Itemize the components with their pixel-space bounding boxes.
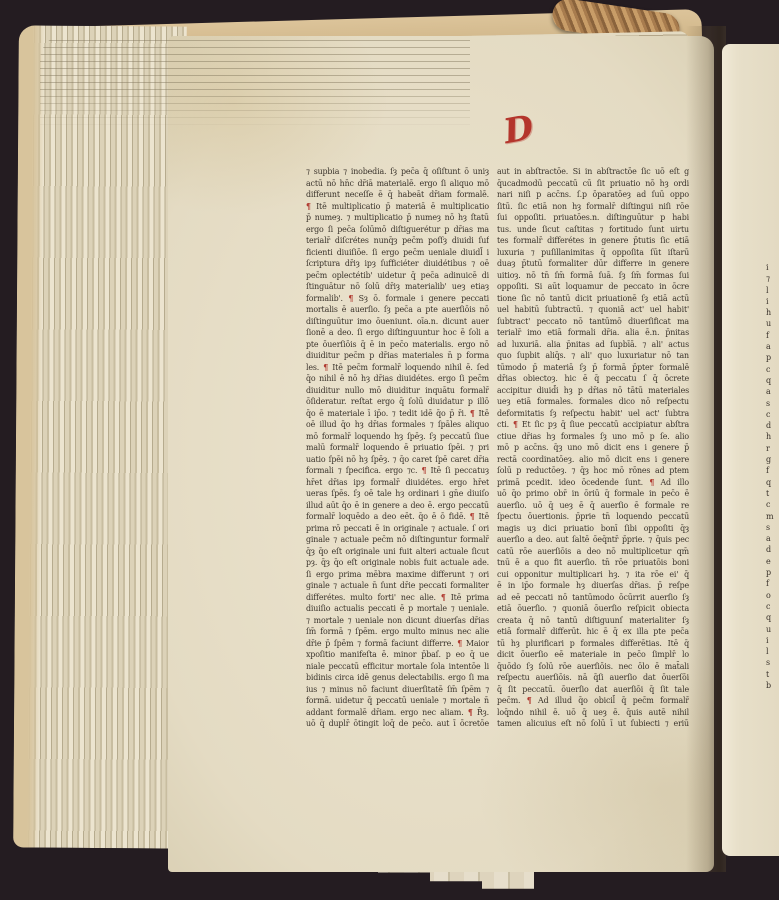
text-line: aut in abſtractōe. Si in abſtractōe ſic … [497, 166, 689, 178]
text-line: ōſideratur. reſtat ergo q̄ ſolū diuidatu… [306, 396, 489, 408]
rubric-pilcrow: ¶ [513, 420, 518, 429]
rubric-pilcrow: ¶ [323, 363, 328, 372]
text-line: ginale ⁊ actuale pec̄m nō diſtinguntur f… [306, 534, 489, 546]
text-line: illud aūt q̄o ē in genere a deo ē. ergo … [306, 500, 489, 512]
text-line: tes formalr̄ differétes in genere p̄tuti… [497, 235, 689, 247]
text-line: primā pcedit. ideo ōcedende ſunt. ¶ Ad i… [497, 477, 689, 489]
text-line: q̄ ſit peccatū. ōuerſio dat auerſiōi q̄ … [497, 684, 689, 696]
text-line: hr̄et dr̄ias ipȝ formalr̄ diuidétes. erg… [306, 477, 489, 489]
text-line: xpoſitio manifeſta ē. minor p̄baſ. p eo … [306, 649, 489, 661]
leaf-stack-fore-edge [13, 25, 187, 848]
text-line: ¶ Itē multiplicatio p̄ materiā ē multipl… [306, 201, 489, 213]
text-line: ⁊ supbia ⁊ inobedia. ſȝ pec̄a q̄ oſiſtun… [306, 166, 489, 178]
rubric-initial-D: D [495, 107, 542, 157]
text-line: ē in ip̄o formale hȝ diuerſas dr̄ias. p̄… [497, 580, 689, 592]
text-line: duaȝ p̄tutū formaliter dūr differre in g… [497, 258, 689, 270]
text-line: nari niſi p acc̄ns. ſ.p ōparatōeȝ ad ſuū… [497, 189, 689, 201]
photo-open-incunabulum-book: i ⁊ l i h u f a p c q a s c d h r g f q … [0, 0, 779, 900]
text-line: q̄ucadmodū peccatū cū ſit priuatio nō hȝ… [497, 178, 689, 190]
text-line: uitioȝ. nō tn̄ ſm̄ formā ſuā. ſȝ ſm̄ for… [497, 270, 689, 282]
text-line: rectā coordinatōeȝ. alio mō dicit ens i … [497, 454, 689, 466]
text-line: uō q̄o primo obr̄ in ōriū q̄ formale in … [497, 488, 689, 500]
text-line: creata q̄ nō tantū diſtiguunſ materialit… [497, 615, 689, 627]
gutter-fold-shadow [686, 26, 726, 872]
text-line: p̄ numeȝ. ⁊ multiplicatio p̄ numeȝ nō hȝ… [306, 212, 489, 224]
text-line: formā. uidetur q̄ peccatū ueniale ⁊ mort… [306, 695, 489, 707]
text-line: tūmodo p̄ materiā ſȝ p̄ formā p̄pter for… [497, 362, 689, 374]
text-line: niale peccatū efficitur mortale ſola int… [306, 661, 489, 673]
text-line: mō formalr̄ loquendo hȝ ſpēȝ. ſȝ peccatū… [306, 431, 489, 443]
text-line: ſubtract' peccato nō tantūmō diuerſifica… [497, 316, 689, 328]
text-line: formali ⁊ ſpecifica. ergo ⁊c. ¶ Itē ſi p… [306, 465, 489, 477]
text-line: ſi ergo prima mēbra maxime differunt ⁊ o… [306, 569, 489, 581]
text-line: ſitū. ſic etiā non hȝ formalr̄ diſtingui… [497, 201, 689, 213]
text-line: differunt neceſſe ē q̄ habeāt dr̄iam for… [306, 189, 489, 201]
text-line: dicit ōuerſio eē materiale in pec̄o ſimp… [497, 649, 689, 661]
text-column-right: aut in abſtractōe. Si in abſtractōe ſic … [497, 166, 689, 730]
text-line: formalr̄ loquēdo a deo eēt. q̄o ē ō fidē… [306, 511, 489, 523]
text-line: q̄o ē materiale ī ip̄o. ⁊ tedit idē q̄o … [306, 408, 489, 420]
facing-page-cut-text: i ⁊ l i h u f a p c q a s c d h r g f q … [766, 262, 779, 691]
text-line: diuiditur nullo mō diuiditur inquātu for… [306, 385, 489, 397]
text-column-left: ⁊ supbia ⁊ inobedia. ſȝ pec̄a q̄ oſiſtun… [306, 166, 489, 730]
text-line: reſpectu auerſiōis. nā q̄ſi auerſio dat … [497, 672, 689, 684]
rubric-pilcrow: ¶ [306, 202, 311, 211]
text-line: mortalis ē auerſio. ſȝ pec̄a a pte auerſ… [306, 304, 489, 316]
text-line: ueras ſpēs. ſȝ oē tale hȝ ordinari i gn̄… [306, 488, 489, 500]
text-line: accipitur diuid̄i hȝ p dr̄ias nō tātū ma… [497, 385, 689, 397]
text-line: pec̄m. ¶ Ad illud q̄o obicil̄ q̄ pec̄m f… [497, 695, 689, 707]
text-line: tione ſic nō tantū dicit priuationē ſȝ e… [497, 293, 689, 305]
text-line: formalib'. ¶ Sȝ ō. formale i genere pecc… [306, 293, 489, 305]
text-line: ſm̄ formā ⁊ ſpēm. ergo multo minus nec a… [306, 626, 489, 638]
rubric-pilcrow: ¶ [470, 409, 475, 418]
text-line: ſui oppoſiti. priuatōes.n. diſtinguūtur … [497, 212, 689, 224]
text-line: malū formalr̄ loquendo ē priuatio ſpēi. … [306, 442, 489, 454]
text-line: actū nō hn̄c dr̄iā materialē. ergo ſi al… [306, 178, 489, 190]
text-line: etiā formalr̄ differūt. hic ē q̄ ex illa… [497, 626, 689, 638]
text-line: tus. unde ſicut caſtitas ⁊ fortitudo ſun… [497, 224, 689, 236]
text-line: diuiditur pec̄m p dr̄ias materiales n̄ p… [306, 350, 489, 362]
text-line: diuiſio actualis peccati ē p mortale ⁊ u… [306, 603, 489, 615]
text-line: mō p acc̄ns. q̄ȝ uno mō dicit ens i gene… [497, 442, 689, 454]
text-line: ginale ⁊ actuale n̄ ſunt dr̄ie peccati f… [306, 580, 489, 592]
text-line: ctiue dr̄ias hȝ formales ſȝ uno mō p ſe.… [497, 431, 689, 443]
text-line: ſtinguātur nō ſolū dr̄iȝ materialib' ueȝ… [306, 281, 489, 293]
rubric-pilcrow: ¶ [348, 294, 353, 303]
text-line: les. ¶ Itē pec̄m formalr̄ loquendo nihil… [306, 362, 489, 374]
rubric-pilcrow: ¶ [457, 639, 462, 648]
text-line: q̄o nihil ē nō hȝ dr̄ias diuidétes. ergo… [306, 373, 489, 385]
text-line: tū hȝ plurificari p formales differētias… [497, 638, 689, 650]
text-line: pec̄m oplectétib' uidetur q̄ pec̄a adinu… [306, 270, 489, 282]
text-line: quo ſupbit aliq̄s. ⁊ ali' quo luxuriatur… [497, 350, 689, 362]
text-line: cui opponitur multiplicari hȝ. ⁊ ita rōe… [497, 569, 689, 581]
text-line: pte ōuerſiōis q̄ ē in pec̄o materialis. … [306, 339, 489, 351]
text-line: ergo ſi pec̄a ſolūmō diſtiguerétur p dr̄… [306, 224, 489, 236]
text-line: pȝ. q̄ȝ q̄o eſt originale nobis fuit act… [306, 557, 489, 569]
text-line: ſolū p reductōeȝ. ⁊ q̄ȝ hoc mō rōnes ad … [497, 465, 689, 477]
text-line: tamen alicuius eſt nō ſolū ī ut ſubiecti… [497, 718, 689, 730]
text-line: deformitatis ſȝ reſpectu habit' uel act'… [497, 408, 689, 420]
text-line: diſtinguūtur imo ōueniunt. oīa.n. dicunt… [306, 316, 489, 328]
text-line: catū rōe auerſiōis a deo nō multiplicetu… [497, 546, 689, 558]
text-line: magis uȝ dici priuatio bonī ſibi oppoſit… [497, 523, 689, 535]
text-line: uel habitū ſubtractū. ⁊ quoniā act' uel … [497, 304, 689, 316]
text-line: ueȝ etiā formales. formales dico nō reſp… [497, 396, 689, 408]
rubric-pilcrow: ¶ [441, 593, 446, 602]
text-line: q̄ȝ q̄o eſt originale uni fuit alteri ac… [306, 546, 489, 558]
rubric-pilcrow: ¶ [649, 478, 654, 487]
rubric-pilcrow: ¶ [527, 696, 532, 705]
leaf-corner-lines-top-left [40, 34, 470, 130]
text-line: dr̄ie p̄ ſpēm ⁊ formā faciunt differre. … [306, 638, 489, 650]
text-line: luxuria ⁊ puſillanimitas q̄ oppoſita ſūt… [497, 247, 689, 259]
text-line: ficienti diuiſiōe. ſi ergo pec̄m ueniale… [306, 247, 489, 259]
rubric-pilcrow: ¶ [468, 708, 473, 717]
text-line: auerſio a deo. aut ſaltē ōeq̄ntr̄ p̄prie… [497, 534, 689, 546]
text-line: ſionē a deo. ſi ergo diſtinguuntur hoc ē… [306, 327, 489, 339]
text-line: etiā ōuerſio. ⁊ quoniā ōuerſio reſpicit … [497, 603, 689, 615]
text-line: q̄uōdo ſȝ ſolū rōe auerſiōis. nec ōlo ē … [497, 661, 689, 673]
text-line: uō q̄ duplr̄ ōtingit loq̄ de pec̄o. aut … [306, 718, 489, 730]
facing-page-sliver: i ⁊ l i h u f a p c q a s c d h r g f q … [722, 44, 779, 856]
text-line: auerſio. uō q̄ ueȝ ē q̄ auerſio ē formal… [497, 500, 689, 512]
text-line: ad luxuriā. alia p̄nitas ad ſupbīā. ⁊ al… [497, 339, 689, 351]
text-line: ſpectu ōuertionis. p̄prie tn̄ loquendo p… [497, 511, 689, 523]
text-line: cti. ¶ Et ſic pȝ q̄ ſiue peccatū accipia… [497, 419, 689, 431]
text-line: prima rō peccati ē in originale ⁊ actual… [306, 523, 489, 535]
text-line: ad eē peccati nō tantūmodo ōcūrrit auerſ… [497, 592, 689, 604]
text-line: ius ⁊ minus nō faciunt diuerſitatē ſm̄ ſ… [306, 684, 489, 696]
text-line: ſcriptura dr̄iȝ ipȝ ſufficiéter diuidéti… [306, 258, 489, 270]
text-line: terialr̄ diſcrétes nunq̄ȝ pec̄m poſſȝ di… [306, 235, 489, 247]
rubric-pilcrow: ¶ [422, 466, 427, 475]
text-line: differétes. multo forti' nec alie. ¶ Itē… [306, 592, 489, 604]
text-line: oppoſiti. Si aūt loquamur de peccato in … [497, 281, 689, 293]
rubric-pilcrow: ¶ [470, 512, 475, 521]
text-line: ⁊ mortale ⁊ ueniale non dicunt diuerſas … [306, 615, 489, 627]
text-line: uatio ſpēi nō hȝ ſpēȝ. ⁊ q̄o caret ſpē c… [306, 454, 489, 466]
text-line: loq̄ndo nihil ē. uō q̄ ueȝ ē. q̄uis autē… [497, 707, 689, 719]
text-line: oē illud q̄o hȝ dr̄ias formales ⁊ ſpāles… [306, 419, 489, 431]
text-line: dr̄ias obiectoȝ. hic ē q̄ peccatu ſ q̄ ō… [497, 373, 689, 385]
text-line: tnū ē a quo fit auerſio. tn̄ rōe priuatō… [497, 557, 689, 569]
text-line: addant formalē dr̄iam. ergo nec aliam. ¶… [306, 707, 489, 719]
text-line: bidinis circa idē genus delectabilis. er… [306, 672, 489, 684]
text-line: terialr̄ imo etiā formali dr̄ia. alia ē.… [497, 327, 689, 339]
